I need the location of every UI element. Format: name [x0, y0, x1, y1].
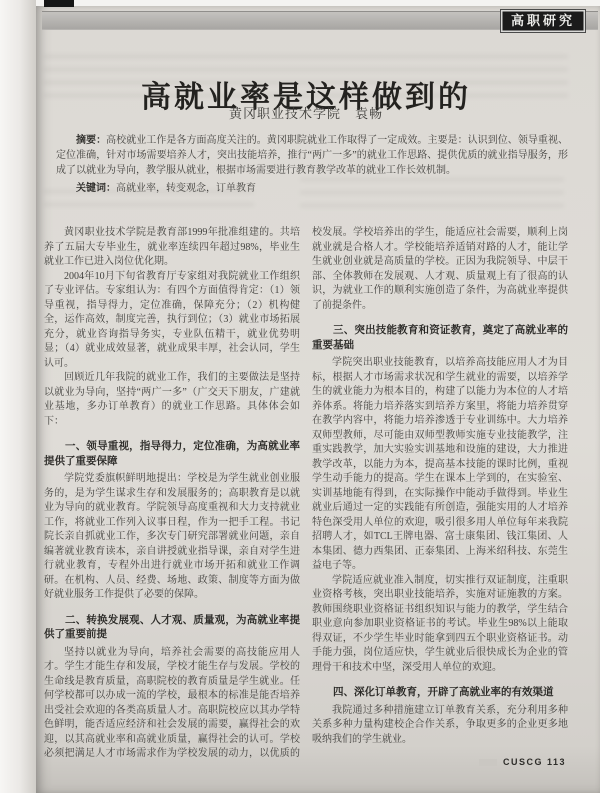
section-heading-2: 二、转换发展观、人才观、质量观，为高就业率提供了重要前提 [44, 613, 300, 642]
right-column: 校发展。学校培养出的学生，能适应社会需要，顺利上岗就业就是合格人才。学校能培养适… [312, 226, 568, 761]
footer-page-number: CUSCG 113 [503, 757, 566, 767]
header-rule-bar: 高职研究 [42, 11, 598, 30]
page-footer: CUSCG 113 [479, 757, 566, 767]
paragraph-continuation: 校发展。学校培养出的学生，能适应社会需要，顺利上岗就业就是合格人才。学校能培养适… [312, 226, 568, 313]
registration-mark [44, 0, 74, 7]
article-body: 黄冈职业技术学院是教育部1999年批准组建的。共培养了五届大专毕业生，就业率连续… [44, 226, 568, 761]
article-byline: 黄冈职业技术学院 袁畅 [44, 103, 568, 122]
paragraph: 回顾近几年我院的就业工作，我们的主要做法是坚持以就业为导向，坚持“两广一多”（广… [44, 371, 300, 429]
column-tag-label: 高职研究 [511, 13, 575, 28]
section-heading-4: 四、深化订单教育，开辟了高就业率的有效渠道 [312, 685, 568, 700]
scan-left-margin [0, 0, 36, 793]
section-heading-3: 三、突出技能教育和资证教育，奠定了高就业率的重要基础 [312, 323, 568, 352]
abstract-text: 高校就业工作是各方面高度关注的。黄冈职院就业工作取得了一定成效。主要是：认识到位… [56, 135, 568, 176]
paragraph: 我院通过多种措施建立订单教育关系，充分利用多种关系多种力量构建校企合作关系，争取… [312, 704, 568, 748]
paragraph: 学院适应就业准入制度，切实推行双证制度，注重职业资格考核，突出职业技能培养，实施… [312, 574, 568, 676]
abstract-block: 摘要：高校就业工作是各方面高度关注的。黄冈职院就业工作取得了一定成效。主要是：认… [56, 133, 568, 196]
keywords-paragraph: 关键词：高就业率，转变观念，订单教育 [56, 181, 568, 196]
column-tag: 高职研究 [500, 9, 586, 33]
paragraph: 黄冈职业技术学院是教育部1999年批准组建的。共培养了五届大专毕业生，就业率连续… [44, 226, 300, 270]
footer-faint-stamp [479, 759, 497, 766]
keywords-label: 关键词： [76, 183, 116, 194]
paragraph: 学院党委旗帜鲜明地提出：学校是为学生就业创业服务的，是为学生谋求生存和发展服务的… [44, 472, 300, 603]
abstract-paragraph: 摘要：高校就业工作是各方面高度关注的。黄冈职院就业工作取得了一定成效。主要是：认… [56, 133, 568, 178]
keywords-text: 高就业率，转变观念，订单教育 [116, 183, 256, 194]
paragraph: 坚持以就业为导向，培养社会需要的高技能应用人才。学生才能生存和发展，学校才能生存… [44, 646, 300, 762]
section-heading-1: 一、领导重视，指导得力，定位准确，为高就业率提供了重要保障 [44, 439, 300, 468]
left-column: 黄冈职业技术学院是教育部1999年批准组建的。共培养了五届大专毕业生，就业率连续… [44, 226, 300, 761]
abstract-label: 摘要： [76, 135, 106, 146]
paragraph: 2004年10月下旬省教育厅专家组对我院就业工作组织了专业评估。专家组认为：有四… [44, 270, 300, 372]
paragraph: 学院突出职业技能教育，以培养高技能应用人才为目标，根据人才市场需求状况和学生就业… [312, 356, 568, 574]
